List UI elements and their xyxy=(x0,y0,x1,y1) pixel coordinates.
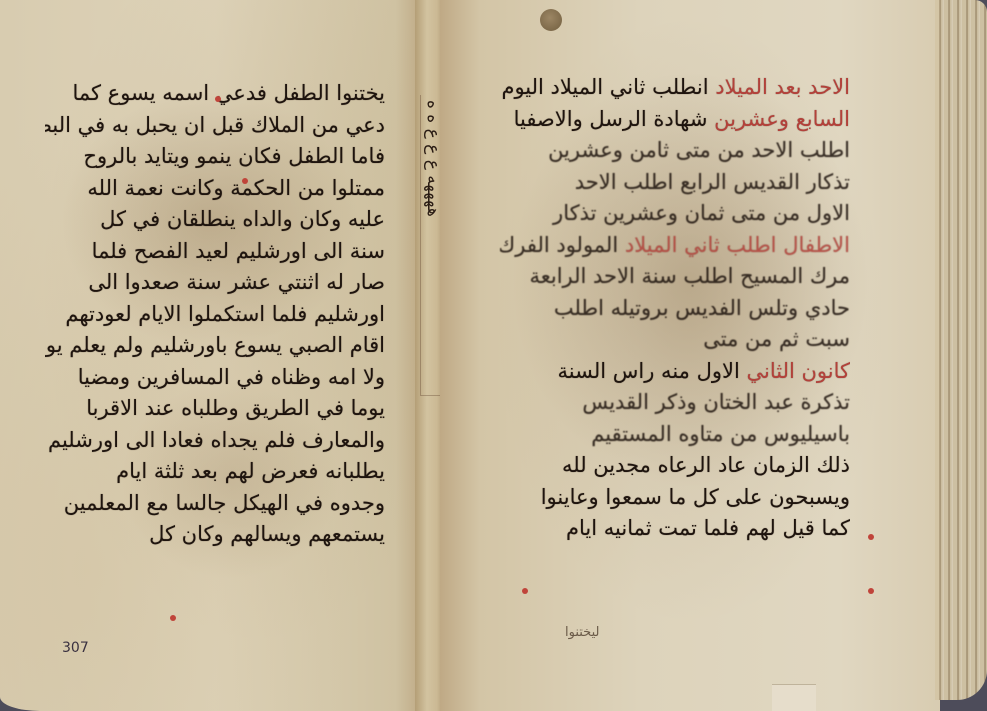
text-line: حادي وتلس الفديس بروتيله اطلب xyxy=(500,293,850,325)
text-line: ويسبحون على كل ما سمعوا وعاينوا xyxy=(500,482,850,514)
rubric-dot xyxy=(522,588,528,594)
text-line: فاما الطفل فكان ينمو ويتايد بالروح xyxy=(45,141,385,173)
body-text: مرك المسيح اطلب سنة الاحد الرابعة xyxy=(529,264,850,288)
body-text: حادي وتلس الفديس بروتيله اطلب xyxy=(554,296,850,320)
text-line: كما قيل لهم فلما تمت ثمانيه ايام xyxy=(500,513,850,545)
body-text: تذكار القديس الرابع اطلب الاحد xyxy=(575,170,850,194)
text-line: عليه وكان والداه ينطلقان في كل xyxy=(45,204,385,236)
rubric-text: الاطفال اطلب ثاني الميلاد xyxy=(625,233,850,257)
text-line: والمعارف فلم يجداه فعادا الى اورشليم xyxy=(45,425,385,457)
left-page: يختنوا الطفل فدعي اسمه يسوع كما دعي من ا… xyxy=(0,0,430,711)
text-line: يطلبانه فعرض لهم بعد ثلثة ايام xyxy=(45,456,385,488)
folio-number: 307 xyxy=(62,640,89,656)
rubric-dot xyxy=(242,178,248,184)
page-hole xyxy=(540,9,562,31)
text-line: كانون الثاني الاول منه راس السنة xyxy=(500,356,850,388)
text-line: صار له اثنتي عشر سنة صعدوا الى xyxy=(45,267,385,299)
rubric-text: الاحد بعد الميلاد xyxy=(715,75,850,99)
text-line: الاحد بعد الميلاد انطلب ثاني الميلاد الي… xyxy=(500,72,850,104)
body-text: شهادة الرسل والاصفيا xyxy=(514,107,708,131)
body-text: تذكرة عبد الختان وذكر القديس xyxy=(582,390,850,414)
body-text: ذلك الزمان عاد الرعاه مجدين لله xyxy=(562,453,850,477)
text-line: يختنوا الطفل فدعي اسمه يسوع كما xyxy=(45,78,385,110)
rubric-dot xyxy=(868,588,874,594)
body-text: سبت ثم من متى xyxy=(703,327,850,351)
rubric-dot xyxy=(868,534,874,540)
text-line: دعي من الملاك قبل ان يحبل به في البطن xyxy=(45,110,385,142)
text-line: الاول من متى ثمان وعشرين تذكار xyxy=(500,198,850,230)
text-line: تذكرة عبد الختان وذكر القديس xyxy=(500,387,850,419)
page-edges xyxy=(935,0,987,700)
text-line: ولا امه وظناه في المسافرين ومضيا xyxy=(45,362,385,394)
text-line: يوما في الطريق وطلباه عند الاقربا xyxy=(45,393,385,425)
text-line: السابع وعشرين شهادة الرسل والاصفيا xyxy=(500,104,850,136)
text-line: اطلب الاحد من متى ثامن وعشرين xyxy=(500,135,850,167)
paper-tab xyxy=(772,684,816,711)
text-line: مرك المسيح اطلب سنة الاحد الرابعة xyxy=(500,261,850,293)
text-line: الاطفال اطلب ثاني الميلاد المولود الفرك xyxy=(500,230,850,262)
text-line: ذلك الزمان عاد الرعاه مجدين لله xyxy=(500,450,850,482)
left-page-text: يختنوا الطفل فدعي اسمه يسوع كما دعي من ا… xyxy=(45,78,385,551)
catchword: ليختنوا xyxy=(565,625,599,640)
body-text: انطلب ثاني الميلاد اليوم xyxy=(501,75,708,99)
body-text: المولود الفرك xyxy=(500,233,618,257)
rubric-text: السابع وعشرين xyxy=(714,107,850,131)
body-text: الاول منه راس السنة xyxy=(558,359,740,383)
body-text: الاول من متى ثمان وعشرين تذكار xyxy=(553,201,850,225)
text-line: سبت ثم من متى xyxy=(500,324,850,356)
text-line: سنة الى اورشليم لعيد الفصح فلما xyxy=(45,236,385,268)
text-line: باسيليوس من متاوه المستقيم xyxy=(500,419,850,451)
text-line: ممتلوا من الحكمة وكانت نعمة الله xyxy=(45,173,385,205)
text-line: يستمعهم ويسالهم وكان كل xyxy=(45,519,385,551)
text-line: وجدوه في الهيكل جالسا مع المعلمين xyxy=(45,488,385,520)
right-page-text: الاحد بعد الميلاد انطلب ثاني الميلاد الي… xyxy=(500,72,850,545)
text-line: تذكار القديس الرابع اطلب الاحد xyxy=(500,167,850,199)
rubric-dot xyxy=(215,96,221,102)
rubric-dot xyxy=(170,615,176,621)
body-text: ويسبحون على كل ما سمعوا وعاينوا xyxy=(541,485,850,509)
manuscript-photo: يختنوا الطفل فدعي اسمه يسوع كما دعي من ا… xyxy=(0,0,987,711)
text-line: اورشليم فلما استكملوا الايام لعودتهم xyxy=(45,299,385,331)
body-text: باسيليوس من متاوه المستقيم xyxy=(591,422,850,446)
body-text: اطلب الاحد من متى ثامن وعشرين xyxy=(548,138,850,162)
body-text: كما قيل لهم فلما تمت ثمانيه ايام xyxy=(566,516,850,540)
text-line: اقام الصبي يسوع باورشليم ولم يعلم يوسف xyxy=(45,330,385,362)
rubric-text: كانون الثاني xyxy=(746,359,850,383)
